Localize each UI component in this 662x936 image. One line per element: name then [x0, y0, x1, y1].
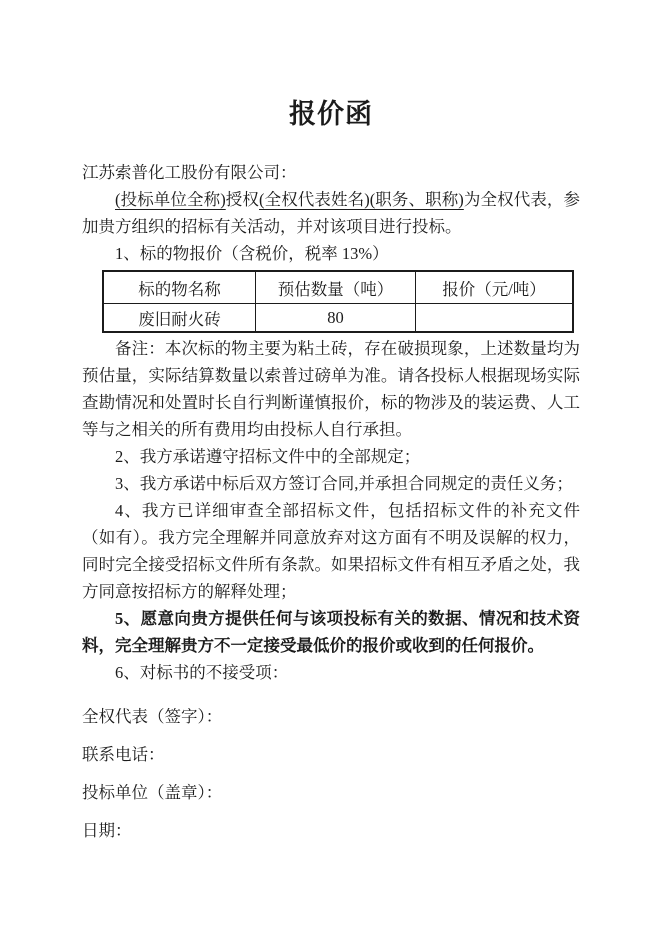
remark-paragraph: 备注：本次标的物主要为粘土砖，存在破损现象，上述数量均为预估量，实际结算数量以索… [82, 335, 580, 443]
cell-estimated-quantity: 80 [256, 304, 416, 333]
clause-3: 3、我方承诺中标后双方签订合同,并承担合同规定的责任义务； [82, 470, 580, 497]
quotation-table: 标的物名称 预估数量（吨） 报价（元/吨） 废旧耐火砖 80 [102, 270, 574, 333]
clause-6: 6、对标书的不接受项： [82, 659, 580, 686]
date-label: 日期： [82, 817, 580, 844]
contact-phone-label: 联系电话： [82, 741, 580, 768]
clause-4: 4、我方已详细审查全部招标文件，包括招标文件的补充文件（如有）。我方完全理解并同… [82, 497, 580, 605]
col-header-unit-price: 报价（元/吨） [416, 271, 574, 304]
bidder-company-seal-label: 投标单位（盖章）： [82, 779, 580, 806]
blank-bidder-company-name: (投标单位全称) [115, 190, 226, 209]
blank-representative-name-title: (全权代表姓名)(职务、职称) [259, 190, 464, 209]
cell-item-name: 废旧耐火砖 [103, 304, 256, 333]
col-header-estimated-quantity: 预估数量（吨） [256, 271, 416, 304]
signature-block: 全权代表（签字）： 联系电话： 投标单位（盖章）： 日期： [82, 703, 580, 844]
table-row: 废旧耐火砖 80 [103, 304, 573, 333]
authorization-paragraph: (投标单位全称)授权(全权代表姓名)(职务、职称)为全权代表，参加贵方组织的招标… [82, 186, 580, 240]
authorization-verb: 授权 [226, 190, 259, 209]
clause-2: 2、我方承诺遵守招标文件中的全部规定； [82, 443, 580, 470]
document-title: 报价函 [82, 98, 580, 130]
salutation-line: 江苏索普化工股份有限公司： [82, 159, 580, 186]
clause-5: 5、愿意向贵方提供任何与该项投标有关的数据、情况和技术资料，完全理解贵方不一定接… [82, 605, 580, 659]
table-header-row: 标的物名称 预估数量（吨） 报价（元/吨） [103, 271, 573, 304]
document-page: 报价函 江苏索普化工股份有限公司： (投标单位全称)授权(全权代表姓名)(职务、… [0, 0, 662, 936]
cell-unit-price-empty [416, 304, 574, 333]
col-header-item-name: 标的物名称 [103, 271, 256, 304]
section1-heading: 1、标的物报价（含税价，税率 13%） [82, 240, 580, 267]
representative-signature-label: 全权代表（签字）： [82, 703, 580, 730]
